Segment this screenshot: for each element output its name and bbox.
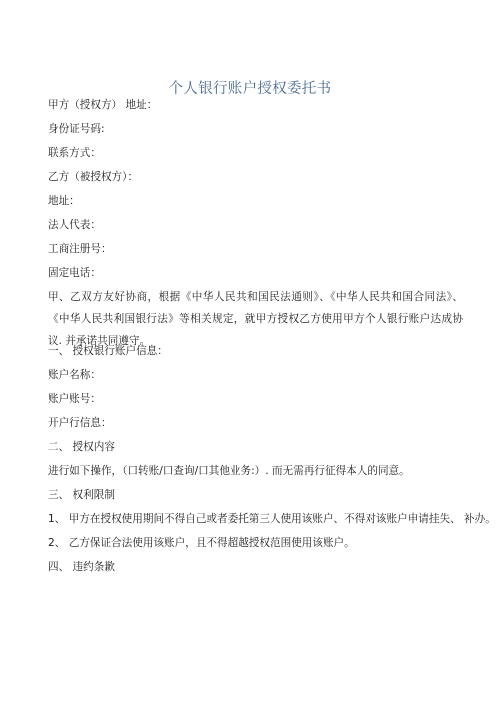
restriction-item-1: 1、 甲方在授权使用期间不得自己或者委托第三人使用该账户、不得对该账户申请挂失、… xyxy=(48,512,496,526)
account-number-field: 账户账号： xyxy=(48,392,101,406)
party-b-field: 乙方（被授权方）： xyxy=(48,170,138,184)
landline-field: 固定电话： xyxy=(48,266,101,280)
section-heading-restrictions: 三、 权利限制 xyxy=(48,488,115,502)
address-field: 地址： xyxy=(48,194,80,208)
section-heading-breach: 四、 违约条歉 xyxy=(48,560,115,574)
section-heading-account-info: 一、 授权银行账户信息： xyxy=(48,344,168,358)
business-registration-field: 工商注册号： xyxy=(48,242,112,256)
authorization-operations: 进行如下操作，（口转账/口查询/口其他业务:）. 而无需再行征得本人的同意。 xyxy=(48,464,410,478)
legal-representative-field: 法人代表： xyxy=(48,218,101,232)
document-title: 个人银行账户授权委托书 xyxy=(0,77,500,98)
restriction-item-2: 2、 乙方保证合法使用该账户，且不得超越授权范围使用该账户。 xyxy=(48,536,355,550)
party-a-address-field: 甲方（授权方） 地址： xyxy=(48,98,157,112)
id-number-field: 身份证号码: xyxy=(48,122,105,136)
contact-field: 联系方式： xyxy=(48,146,101,160)
document-page: 个人银行账户授权委托书 甲方（授权方） 地址： 身份证号码: 联系方式： 乙方（… xyxy=(0,0,500,707)
section-heading-authorization: 二、 授权内容 xyxy=(48,440,115,454)
intro-paragraph: 甲、乙双方友好协商，根据《中华人民共和国民法通则》、《中华人民共和国合同法》、 … xyxy=(48,286,463,352)
bank-info-field: 开户行信息： xyxy=(48,416,112,430)
account-name-field: 账户名称： xyxy=(48,368,101,382)
